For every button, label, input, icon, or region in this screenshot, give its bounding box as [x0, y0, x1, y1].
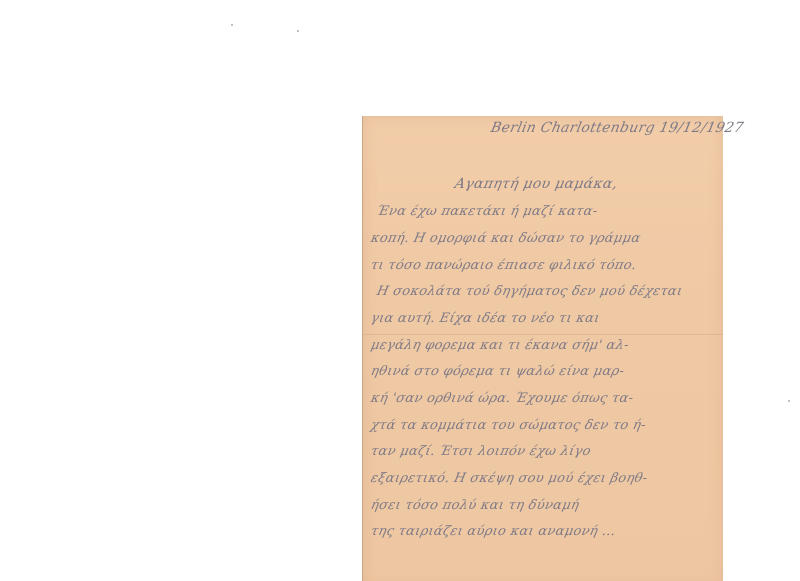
- scan-speck: [788, 400, 790, 402]
- letter-body-line: της ταιριάζει αύριο και αναμονή ...: [369, 524, 617, 539]
- letter-paper: Berlin Charlottenburg 19/12/1927 Αγαπητή…: [362, 116, 723, 581]
- scan-speck: [297, 30, 299, 32]
- letter-body-line: Ένα έχω πακετάκι ή μαζί κατα-: [375, 204, 599, 219]
- letter-body-line: μεγάλη φορεμα και τι έκανα σήμ' αλ-: [369, 338, 630, 353]
- letter-body-line: για αυτή. Είχα ιδέα το νέο τι και: [369, 311, 601, 326]
- letter-body-line: τι τόσο πανώραιο έπιασε φιλικό τόπο.: [369, 258, 637, 273]
- letter-body-line: ηθινά στο φόρεμα τι ψαλώ είνα μαρ-: [369, 364, 625, 379]
- scan-speck: [231, 24, 233, 26]
- letter-salutation: Αγαπητή μου μαμάκα,: [453, 176, 619, 192]
- letter-body-line: Η σοκολάτα τού δηγήματος δεν μού δέχεται: [375, 284, 684, 299]
- letter-body-line: εξαιρετικό. Η σκέψη σου μού έχει βοηθ-: [369, 471, 649, 486]
- letter-body-line: κοπή. Η ομορφιά και δώσαν το γράμμα: [369, 231, 642, 246]
- letter-body-line: ήσει τόσο πολύ και τη δύναμή: [369, 498, 580, 513]
- letter-date-line: Berlin Charlottenburg 19/12/1927: [489, 120, 745, 136]
- letter-body-line: ταν μαζί. Έτσι λοιπόν έχω λίγο: [369, 444, 592, 459]
- letter-body-line: κή 'σαν ορθινά ώρα. Έχουμε όπως τα-: [369, 391, 635, 406]
- paper-fold-crease: [363, 334, 723, 335]
- letter-body-line: χτά τα κομμάτια του σώματος δεν το ή-: [369, 418, 647, 433]
